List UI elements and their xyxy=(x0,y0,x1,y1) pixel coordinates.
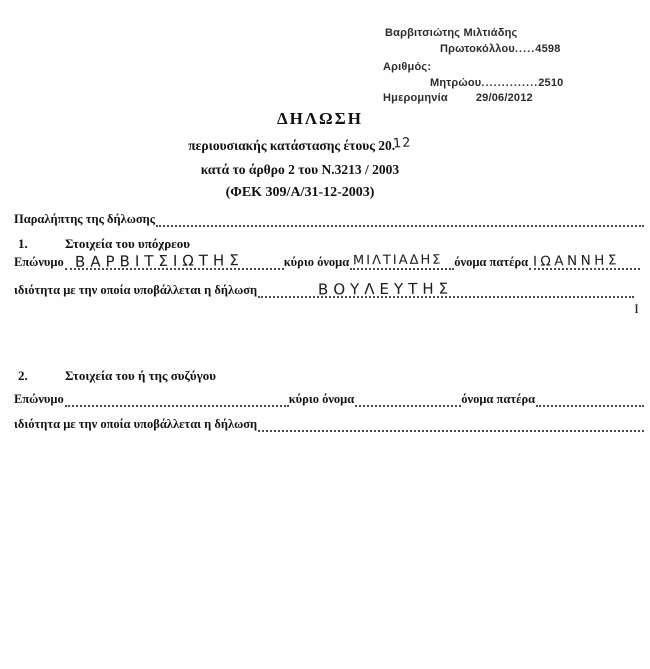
date-label: Ημερομηνία xyxy=(383,92,448,104)
handwritten-fathername: ΙΩΑΝΝΗΣ xyxy=(533,252,620,270)
registry-number-row: Μητρώου..............2510 xyxy=(383,76,633,92)
section2-fathername-label: όνομα πατέρα xyxy=(461,391,536,407)
title-year-prefix: περιουσιακής κατάστασης έτους 20. xyxy=(188,138,395,153)
protocol-leader-dots: ..... xyxy=(515,43,535,55)
section2-name-row: Επώνυμο κύριο όνομα όνομα πατέρα xyxy=(14,390,644,407)
section2-number: 2. xyxy=(18,368,65,384)
handwritten-surname: ΒΑΡΒΙΤΣΙΩΤΗΣ xyxy=(75,252,244,270)
section1-fathername-label: όνομα πατέρα xyxy=(454,254,529,270)
title-law-reference: κατά το άρθρο 2 του Ν.3213 / 2003 xyxy=(0,162,600,178)
section1-fathername-field: ΙΩΑΝΝΗΣ xyxy=(529,253,640,270)
section2-capacity-label: ιδιότητα με την οποία υποβάλλεται η δήλω… xyxy=(14,416,258,432)
section1-surname-label: Επώνυμο xyxy=(14,254,65,270)
registry-leader-dots: .............. xyxy=(481,77,538,89)
section1-capacity-label: ιδιότητα με την οποία υποβάλλεται η δήλω… xyxy=(14,282,258,298)
section1-number: 1. xyxy=(18,236,65,252)
recipient-label: Παραλήπτης της δήλωσης xyxy=(14,211,156,227)
section1-heading: Στοιχεία του υπόχρεου xyxy=(65,236,190,252)
protocol-value: 4598 xyxy=(535,43,560,55)
section2-capacity-row: ιδιότητα με την οποία υποβάλλεται η δήλω… xyxy=(14,415,644,432)
section2-firstname-label: κύριο όνομα xyxy=(289,391,356,407)
date-row: Ημερομηνία29/06/2012 xyxy=(383,91,633,107)
section2-capacity-field xyxy=(258,415,644,432)
section2-fathername-field xyxy=(536,390,644,407)
section2-heading: Στοιχεία του ή της συζύγου xyxy=(65,368,216,384)
scanned-declaration-document: Βαρβιτσιώτης Μιλτιάδης Πρωτοκόλλου.....4… xyxy=(0,0,650,669)
section1-surname-field: ΒΑΡΒΙΤΣΙΩΤΗΣ xyxy=(65,253,284,270)
handwritten-year: 12 xyxy=(393,135,413,151)
section1-firstname-field: ΜΙΛΤΙΑΔΗΣ xyxy=(350,253,454,270)
handwritten-firstname: ΜΙΛΤΙΑΔΗΣ xyxy=(353,253,443,270)
title-block: ΔΗΛΩΣΗ περιουσιακής κατάστασης έτους 20.… xyxy=(0,109,600,201)
section2-surname-field xyxy=(65,390,289,407)
title-subtitle-year: περιουσιακής κατάστασης έτους 20.12 xyxy=(0,138,600,154)
section1-heading-row: 1. Στοιχεία του υπόχρεου xyxy=(18,236,190,252)
recipient-field-line xyxy=(156,210,644,227)
recipient-row: Παραλήπτης της δήλωσης xyxy=(14,210,644,227)
registry-label: Μητρώου xyxy=(430,77,481,89)
protocol-label: Πρωτοκόλλου xyxy=(440,43,515,55)
section1-firstname-label: κύριο όνομα xyxy=(284,254,351,270)
meta-block: Βαρβιτσιώτης Μιλτιάδης Πρωτοκόλλου.....4… xyxy=(383,26,633,107)
number-label: Αριθμός: xyxy=(383,60,633,76)
section2-firstname-field xyxy=(355,390,461,407)
section2-surname-label: Επώνυμο xyxy=(14,391,65,407)
protocol-number-row: Πρωτοκόλλου.....4598 xyxy=(383,42,633,58)
document-title: ΔΗΛΩΣΗ xyxy=(20,109,620,129)
section1-name-row: Επώνυμο ΒΑΡΒΙΤΣΙΩΤΗΣ κύριο όνομα ΜΙΛΤΙΑΔ… xyxy=(14,253,640,270)
section2-heading-row: 2. Στοιχεία του ή της συζύγου xyxy=(18,368,216,384)
registry-value: 2510 xyxy=(538,77,563,89)
date-value: 29/06/2012 xyxy=(476,91,533,107)
scan-stray-mark: Ι xyxy=(635,301,639,317)
section1-capacity-row: ιδιότητα με την οποία υποβάλλεται η δήλω… xyxy=(14,281,634,298)
declarant-name: Βαρβιτσιώτης Μιλτιάδης xyxy=(383,26,633,42)
title-gazette-reference: (ΦΕΚ 309/Α/31-12-2003) xyxy=(0,185,600,201)
section1-capacity-field: ΒΟΥΛΕΥΤΗΣ xyxy=(258,281,634,298)
handwritten-capacity: ΒΟΥΛΕΥΤΗΣ xyxy=(318,281,453,298)
